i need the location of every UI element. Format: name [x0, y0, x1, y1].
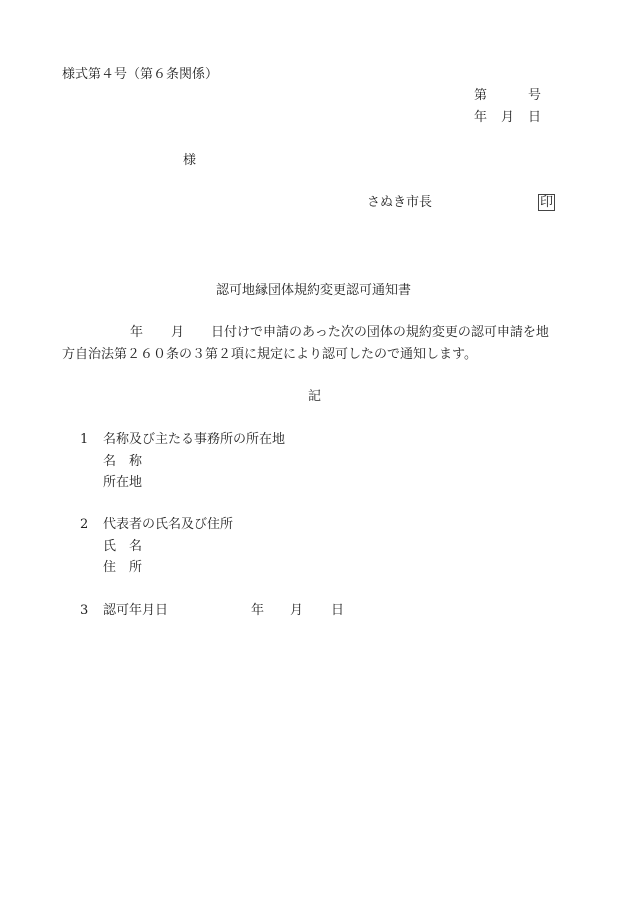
note-heading: 記 [308, 390, 321, 403]
approval-date-year: 年 [251, 604, 264, 617]
document-number-suffix: 号 [528, 89, 541, 102]
body-line-2: 方自治法第２６０条の３第２項に規定により認可したので通知します。 [62, 348, 477, 361]
issue-date-year: 年 [474, 111, 487, 124]
approval-date-day: 日 [331, 604, 344, 617]
item-3-number: 3 [80, 604, 88, 617]
item-3-label: 認可年月日 [103, 604, 168, 617]
issue-date-day: 日 [528, 111, 541, 124]
item-1-address-field: 所在地 [103, 476, 142, 489]
document-title: 認可地縁団体規約変更認可通知書 [216, 284, 411, 297]
item-1-label: 名称及び主たる事務所の所在地 [103, 433, 285, 446]
seal-mark: 印 [538, 194, 555, 211]
sender-title: さぬき市長 [367, 196, 432, 209]
item-2-address-field: 住 所 [103, 561, 142, 574]
application-month: 月 [171, 326, 184, 339]
application-year: 年 [130, 326, 143, 339]
item-2-label: 代表者の氏名及び住所 [103, 518, 233, 531]
document-number-prefix: 第 [474, 89, 487, 102]
item-2-number: 2 [80, 518, 88, 531]
issue-date-month: 月 [501, 111, 514, 124]
body-line-1: 日付けで申請のあった次の団体の規約変更の認可申請を地 [211, 326, 549, 339]
approval-date-month: 月 [290, 604, 303, 617]
item-1-name-field: 名 称 [103, 455, 142, 468]
addressee-honorific: 様 [183, 154, 196, 167]
seal-icon: 印 [538, 194, 555, 211]
form-label: 様式第４号（第６条関係） [62, 68, 218, 81]
item-2-name-field: 氏 名 [103, 540, 142, 553]
item-1-number: 1 [80, 433, 88, 446]
